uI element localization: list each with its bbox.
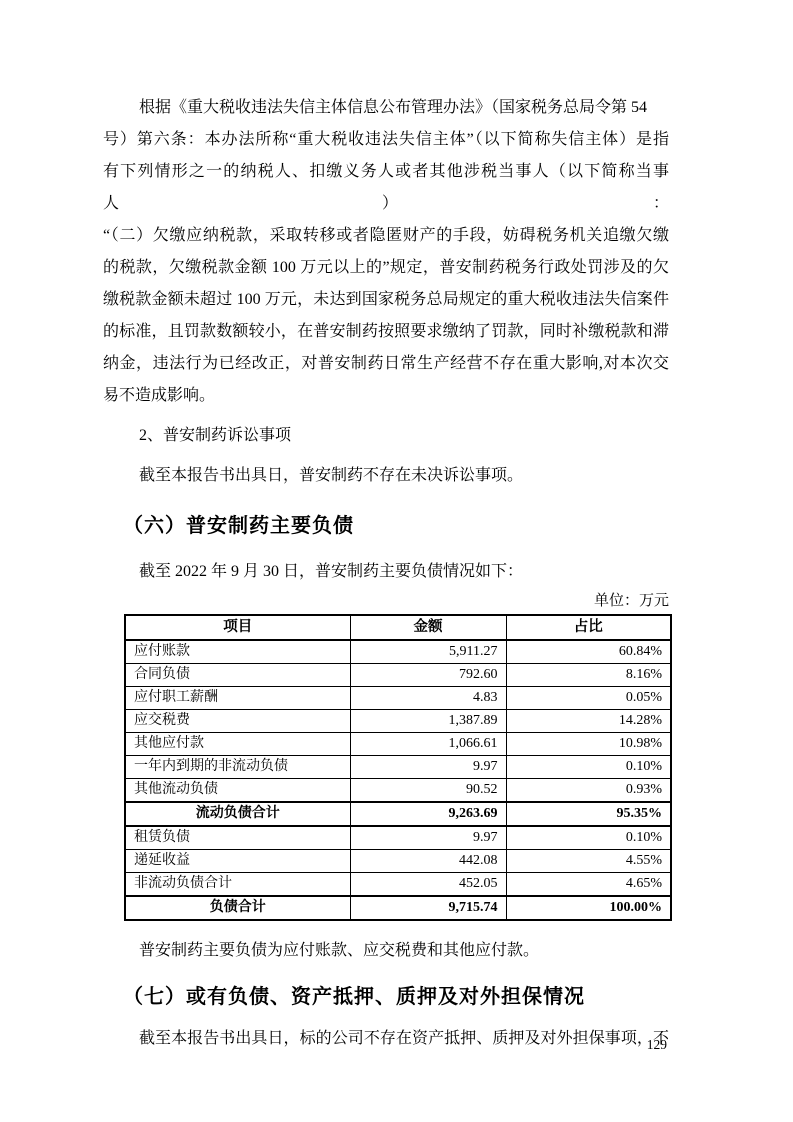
paragraph-line: 的税款，欠缴税款金额 100 万元以上的”规定，普安制药税务行政处罚涉及的欠 — [103, 252, 669, 284]
cell-ratio: 4.55% — [506, 850, 671, 873]
table-row: 负债合计 9,715.74 100.00% — [125, 896, 671, 920]
cell-item: 其他应付款 — [125, 733, 350, 756]
cell-amount: 4.83 — [350, 687, 506, 710]
table-row: 一年内到期的非流动负债 9.97 0.10% — [125, 756, 671, 779]
document-page: 根据《重大税收违法失信主体信息公布管理办法》（国家税务总局令第 54号）第六条：… — [0, 0, 793, 1122]
cell-item: 租赁负债 — [125, 826, 350, 850]
paragraph-line: 易不造成影响。 — [103, 380, 669, 412]
litigation-item-heading: 2、普安制药诉讼事项 — [103, 420, 669, 452]
table-row: 应交税费 1,387.89 14.28% — [125, 710, 671, 733]
cell-amount: 90.52 — [350, 779, 506, 803]
paragraph-line: 有下列情形之一的纳税人、扣缴义务人或者其他涉税当事人（以下简称当事人）： — [103, 156, 669, 220]
header-item: 项目 — [125, 615, 350, 640]
cell-item: 应付账款 — [125, 640, 350, 664]
liabilities-table: 项目 金额 占比 应付账款 5,911.27 60.84% 合同负债 792.6… — [124, 614, 672, 921]
table-row: 合同负债 792.60 8.16% — [125, 664, 671, 687]
cell-amount: 9,715.74 — [350, 896, 506, 920]
paragraph-tax-regulation: 根据《重大税收违法失信主体信息公布管理办法》（国家税务总局令第 54号）第六条：… — [103, 92, 669, 412]
table-row: 其他流动负债 90.52 0.93% — [125, 779, 671, 803]
table-row: 非流动负债合计 452.05 4.65% — [125, 873, 671, 897]
header-ratio: 占比 — [506, 615, 671, 640]
unit-label: 单位：万元 — [103, 588, 669, 614]
table-row: 应付账款 5,911.27 60.84% — [125, 640, 671, 664]
cell-ratio: 60.84% — [506, 640, 671, 664]
cell-ratio: 0.10% — [506, 756, 671, 779]
cell-item: 合同负债 — [125, 664, 350, 687]
cell-item: 非流动负债合计 — [125, 873, 350, 897]
liabilities-table-body: 应付账款 5,911.27 60.84% 合同负债 792.60 8.16% 应… — [125, 640, 671, 920]
cell-ratio: 0.05% — [506, 687, 671, 710]
cell-ratio: 0.93% — [506, 779, 671, 803]
cell-amount: 9.97 — [350, 826, 506, 850]
cell-item: 一年内到期的非流动负债 — [125, 756, 350, 779]
page-number: 129 — [647, 1037, 667, 1053]
cell-amount: 452.05 — [350, 873, 506, 897]
paragraph-line: 纳金，违法行为已经改正，对普安制药日常生产经营不存在重大影响,对本次交 — [103, 348, 669, 380]
cell-item: 其他流动负债 — [125, 779, 350, 803]
cell-ratio: 100.00% — [506, 896, 671, 920]
cell-item: 应付职工薪酬 — [125, 687, 350, 710]
cell-ratio: 0.10% — [506, 826, 671, 850]
table-row: 递延收益 442.08 4.55% — [125, 850, 671, 873]
table-row: 流动负债合计 9,263.69 95.35% — [125, 802, 671, 826]
table-row: 应付职工薪酬 4.83 0.05% — [125, 687, 671, 710]
paragraph-line: 根据《重大税收违法失信主体信息公布管理办法》（国家税务总局令第 54 — [103, 92, 669, 124]
cell-ratio: 14.28% — [506, 710, 671, 733]
cell-ratio: 10.98% — [506, 733, 671, 756]
liabilities-intro-text: 截至 2022 年 9 月 30 日，普安制药主要负债情况如下： — [103, 556, 669, 588]
header-amount: 金额 — [350, 615, 506, 640]
cell-ratio: 8.16% — [506, 664, 671, 687]
paragraph-line: 的标准，且罚款数额较小，在普安制药按照要求缴纳了罚款，同时补缴税款和滞 — [103, 316, 669, 348]
table-header-row: 项目 金额 占比 — [125, 615, 671, 640]
paragraph-line: 号）第六条：本办法所称“重大税收违法失信主体”（以下简称失信主体）是指 — [103, 124, 669, 156]
cell-item: 递延收益 — [125, 850, 350, 873]
cell-amount: 9.97 — [350, 756, 506, 779]
cell-amount: 792.60 — [350, 664, 506, 687]
liabilities-note-text: 普安制药主要负债为应付账款、应交税费和其他应付款。 — [103, 935, 669, 967]
cell-amount: 442.08 — [350, 850, 506, 873]
cell-item: 流动负债合计 — [125, 802, 350, 826]
cell-ratio: 95.35% — [506, 802, 671, 826]
table-row: 其他应付款 1,066.61 10.98% — [125, 733, 671, 756]
cell-item: 应交税费 — [125, 710, 350, 733]
cell-amount: 1,066.61 — [350, 733, 506, 756]
cell-ratio: 4.65% — [506, 873, 671, 897]
cell-amount: 9,263.69 — [350, 802, 506, 826]
paragraph-line: 缴税款金额未超过 100 万元，未达到国家税务总局规定的重大税收违法失信案件 — [103, 284, 669, 316]
section-6-heading: （六）普安制药主要负债 — [103, 512, 669, 540]
cell-amount: 1,387.89 — [350, 710, 506, 733]
table-row: 租赁负债 9.97 0.10% — [125, 826, 671, 850]
cell-item: 负债合计 — [125, 896, 350, 920]
paragraph-line: “（二）欠缴应纳税款，采取转移或者隐匿财产的手段，妨碍税务机关追缴欠缴 — [103, 220, 669, 252]
section-7-heading: （七）或有负债、资产抵押、质押及对外担保情况 — [103, 983, 669, 1011]
litigation-status-text: 截至本报告书出具日，普安制药不存在未决诉讼事项。 — [103, 460, 669, 492]
cell-amount: 5,911.27 — [350, 640, 506, 664]
contingent-liabilities-text: 截至本报告书出具日，标的公司不存在资产抵押、质押及对外担保事项，不 — [103, 1023, 669, 1055]
